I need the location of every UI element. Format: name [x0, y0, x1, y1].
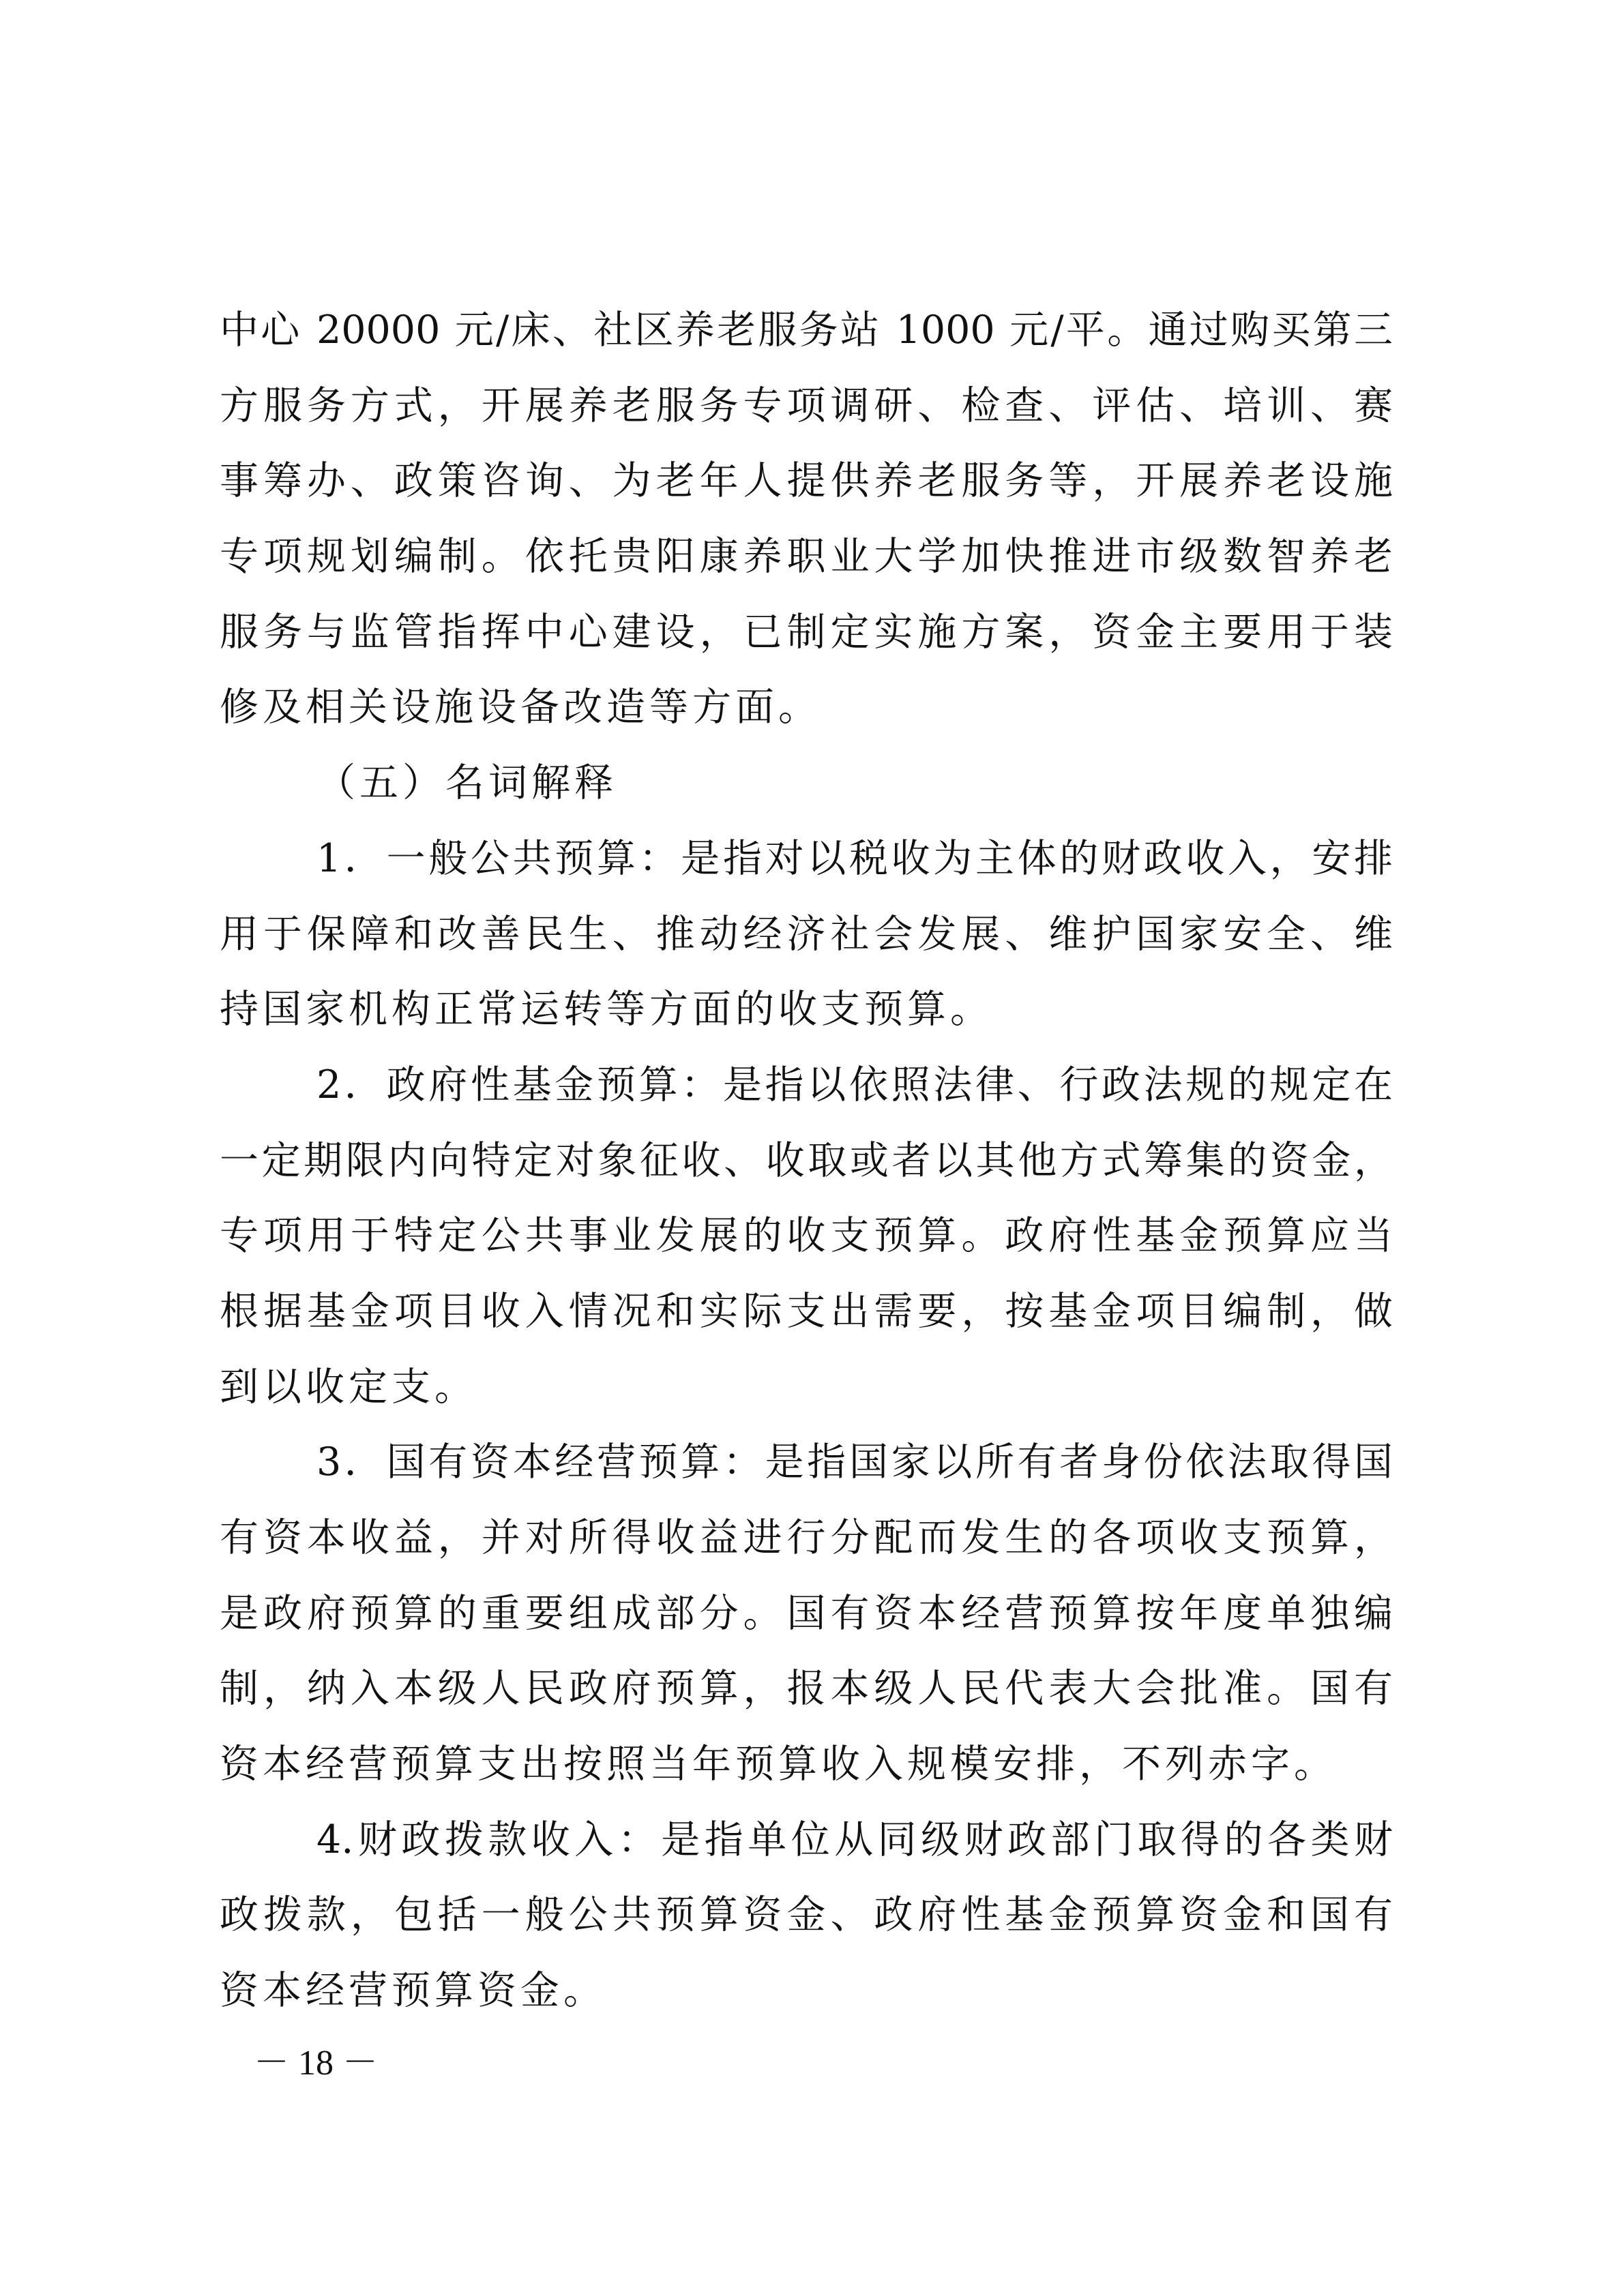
paragraph-line: 有资本收益，并对所得收益进行分配而发生的各项收支预算，	[220, 1500, 1393, 1576]
paragraph-line: 政拨款，包括一般公共预算资金、政府性基金预算资金和国有	[220, 1877, 1393, 1953]
body-text: 中心 20000 元/床、社区养老服务站 1000 元/平。通过购买第三 方服务…	[220, 293, 1393, 2029]
paragraph-line: 是政府预算的重要组成部分。国有资本经营预算按年度单独编	[220, 1576, 1393, 1652]
definition-fiscal-appropriation-income: 4.财政拨款收入：是指单位从同级财政部门取得的各类财	[220, 1802, 1393, 1878]
definition-general-public-budget: 1．一般公共预算：是指对以税收为主体的财政收入，安排	[220, 821, 1393, 897]
paragraph-line: 方服务方式，开展养老服务专项调研、检查、评估、培训、赛	[220, 368, 1393, 444]
paragraph-line: 用于保障和改善民生、推动经济社会发展、维护国家安全、维	[220, 897, 1393, 972]
paragraph-line: 制，纳入本级人民政府预算，报本级人民代表大会批准。国有	[220, 1651, 1393, 1727]
paragraph-line: 到以收定支。	[220, 1350, 1393, 1425]
paragraph-line: 持国家机构正常运转等方面的收支预算。	[220, 972, 1393, 1047]
page-number: － 18 －	[254, 2033, 378, 2085]
paragraph-line: 专项规划编制。依托贵阳康养职业大学加快推进市级数智养老	[220, 519, 1393, 595]
document-page: 中心 20000 元/床、社区养老服务站 1000 元/平。通过购买第三 方服务…	[0, 0, 1624, 2296]
definition-government-fund-budget: 2．政府性基金预算：是指以依照法律、行政法规的规定在	[220, 1047, 1393, 1123]
section-heading: （五）名词解释	[220, 745, 1393, 821]
paragraph-line: 根据基金项目收入情况和实际支出需要，按基金项目编制，做	[220, 1274, 1393, 1350]
paragraph-line: 专项用于特定公共事业发展的收支预算。政府性基金预算应当	[220, 1198, 1393, 1274]
paragraph-line: 中心 20000 元/床、社区养老服务站 1000 元/平。通过购买第三	[220, 293, 1393, 368]
paragraph-line: 服务与监管指挥中心建设，已制定实施方案，资金主要用于装	[220, 595, 1393, 670]
paragraph-line: 资本经营预算资金。	[220, 1953, 1393, 2029]
paragraph-line: 事筹办、政策咨询、为老年人提供养老服务等，开展养老设施	[220, 443, 1393, 519]
paragraph-line: 修及相关设施设备改造等方面。	[220, 670, 1393, 745]
paragraph-line: 一定期限内向特定对象征收、收取或者以其他方式筹集的资金，	[220, 1123, 1393, 1199]
paragraph-line: 资本经营预算支出按照当年预算收入规模安排，不列赤字。	[220, 1727, 1393, 1802]
definition-state-capital-budget: 3．国有资本经营预算：是指国家以所有者身份依法取得国	[220, 1425, 1393, 1500]
